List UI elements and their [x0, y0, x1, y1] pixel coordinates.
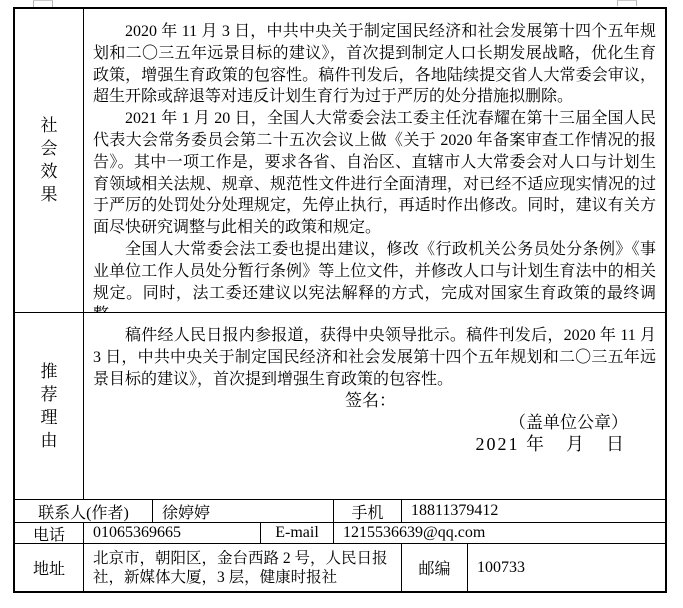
recommendation-header-char: 理 [41, 409, 58, 427]
signature-date-line: 2021 年 月 日 [93, 434, 656, 456]
postcode-label: 邮编 [402, 544, 468, 591]
email-value: 1215536639@qq.com [334, 523, 665, 544]
phone-value: 01065369665 [84, 523, 261, 544]
recommendation-header: 推 荐 理 由 [15, 313, 84, 500]
address-value: 北京市，朝阳区，金台西路 2 号，人民日报社，新媒体大厦，3 层，健康时报社 [84, 544, 402, 591]
recommendation-header-char: 由 [41, 432, 58, 450]
contact-person-value: 徐婷婷 [153, 500, 334, 523]
contact-person-label: 联系人(作者) [15, 500, 153, 523]
signature-label: 签名： [93, 390, 656, 412]
social-effect-paragraph-3: 全国人大常委会法工委也提出建议，修改《行政机关公务员处分条例》《事业单位工作人员… [93, 239, 656, 313]
mobile-label: 手机 [334, 500, 402, 523]
page-edge-artifact-left [33, 0, 53, 7]
recommendation-header-char: 推 [41, 363, 58, 381]
social-effect-header: 社 会 效 果 [15, 9, 84, 313]
postcode-value: 100733 [468, 544, 665, 591]
social-effect-cell: 2020 年 11 月 3 日，中共中央关于制定国民经济和社会发展第十四个五年规… [84, 9, 665, 313]
page-edge-artifact-right [617, 0, 637, 6]
social-effect-header-char: 社 [41, 117, 58, 135]
recommendation-header-char: 荐 [41, 386, 58, 404]
seal-note: （盖单位公章） [93, 412, 656, 434]
phone-label: 电话 [15, 523, 84, 544]
social-effect-paragraph-1: 2020 年 11 月 3 日，中共中央关于制定国民经济和社会发展第十四个五年规… [93, 21, 656, 108]
address-label: 地址 [15, 544, 84, 591]
recommendation-cell: 稿件经人民日报内参报道，获得中央领导批示。稿件刊发后，2020 年 11 月 3… [84, 313, 665, 500]
recommendation-paragraph: 稿件经人民日报内参报道，获得中央领导批示。稿件刊发后，2020 年 11 月 3… [93, 325, 656, 390]
mobile-value: 18811379412 [402, 500, 665, 523]
email-label: E-mail [261, 523, 334, 544]
recommendation-form-table: 社 会 效 果 2020 年 11 月 3 日，中共中央关于制定国民经济和社会发… [13, 7, 667, 593]
social-effect-header-char: 效 [41, 163, 58, 181]
recommendation-form-page: 社 会 效 果 2020 年 11 月 3 日，中共中央关于制定国民经济和社会发… [0, 0, 683, 608]
social-effect-header-char: 果 [41, 186, 58, 204]
social-effect-paragraph-2: 2021 年 1 月 20 日，全国人大常委会法工委主任沈春耀在第十三届全国人民… [93, 108, 656, 239]
social-effect-header-char: 会 [41, 140, 58, 158]
